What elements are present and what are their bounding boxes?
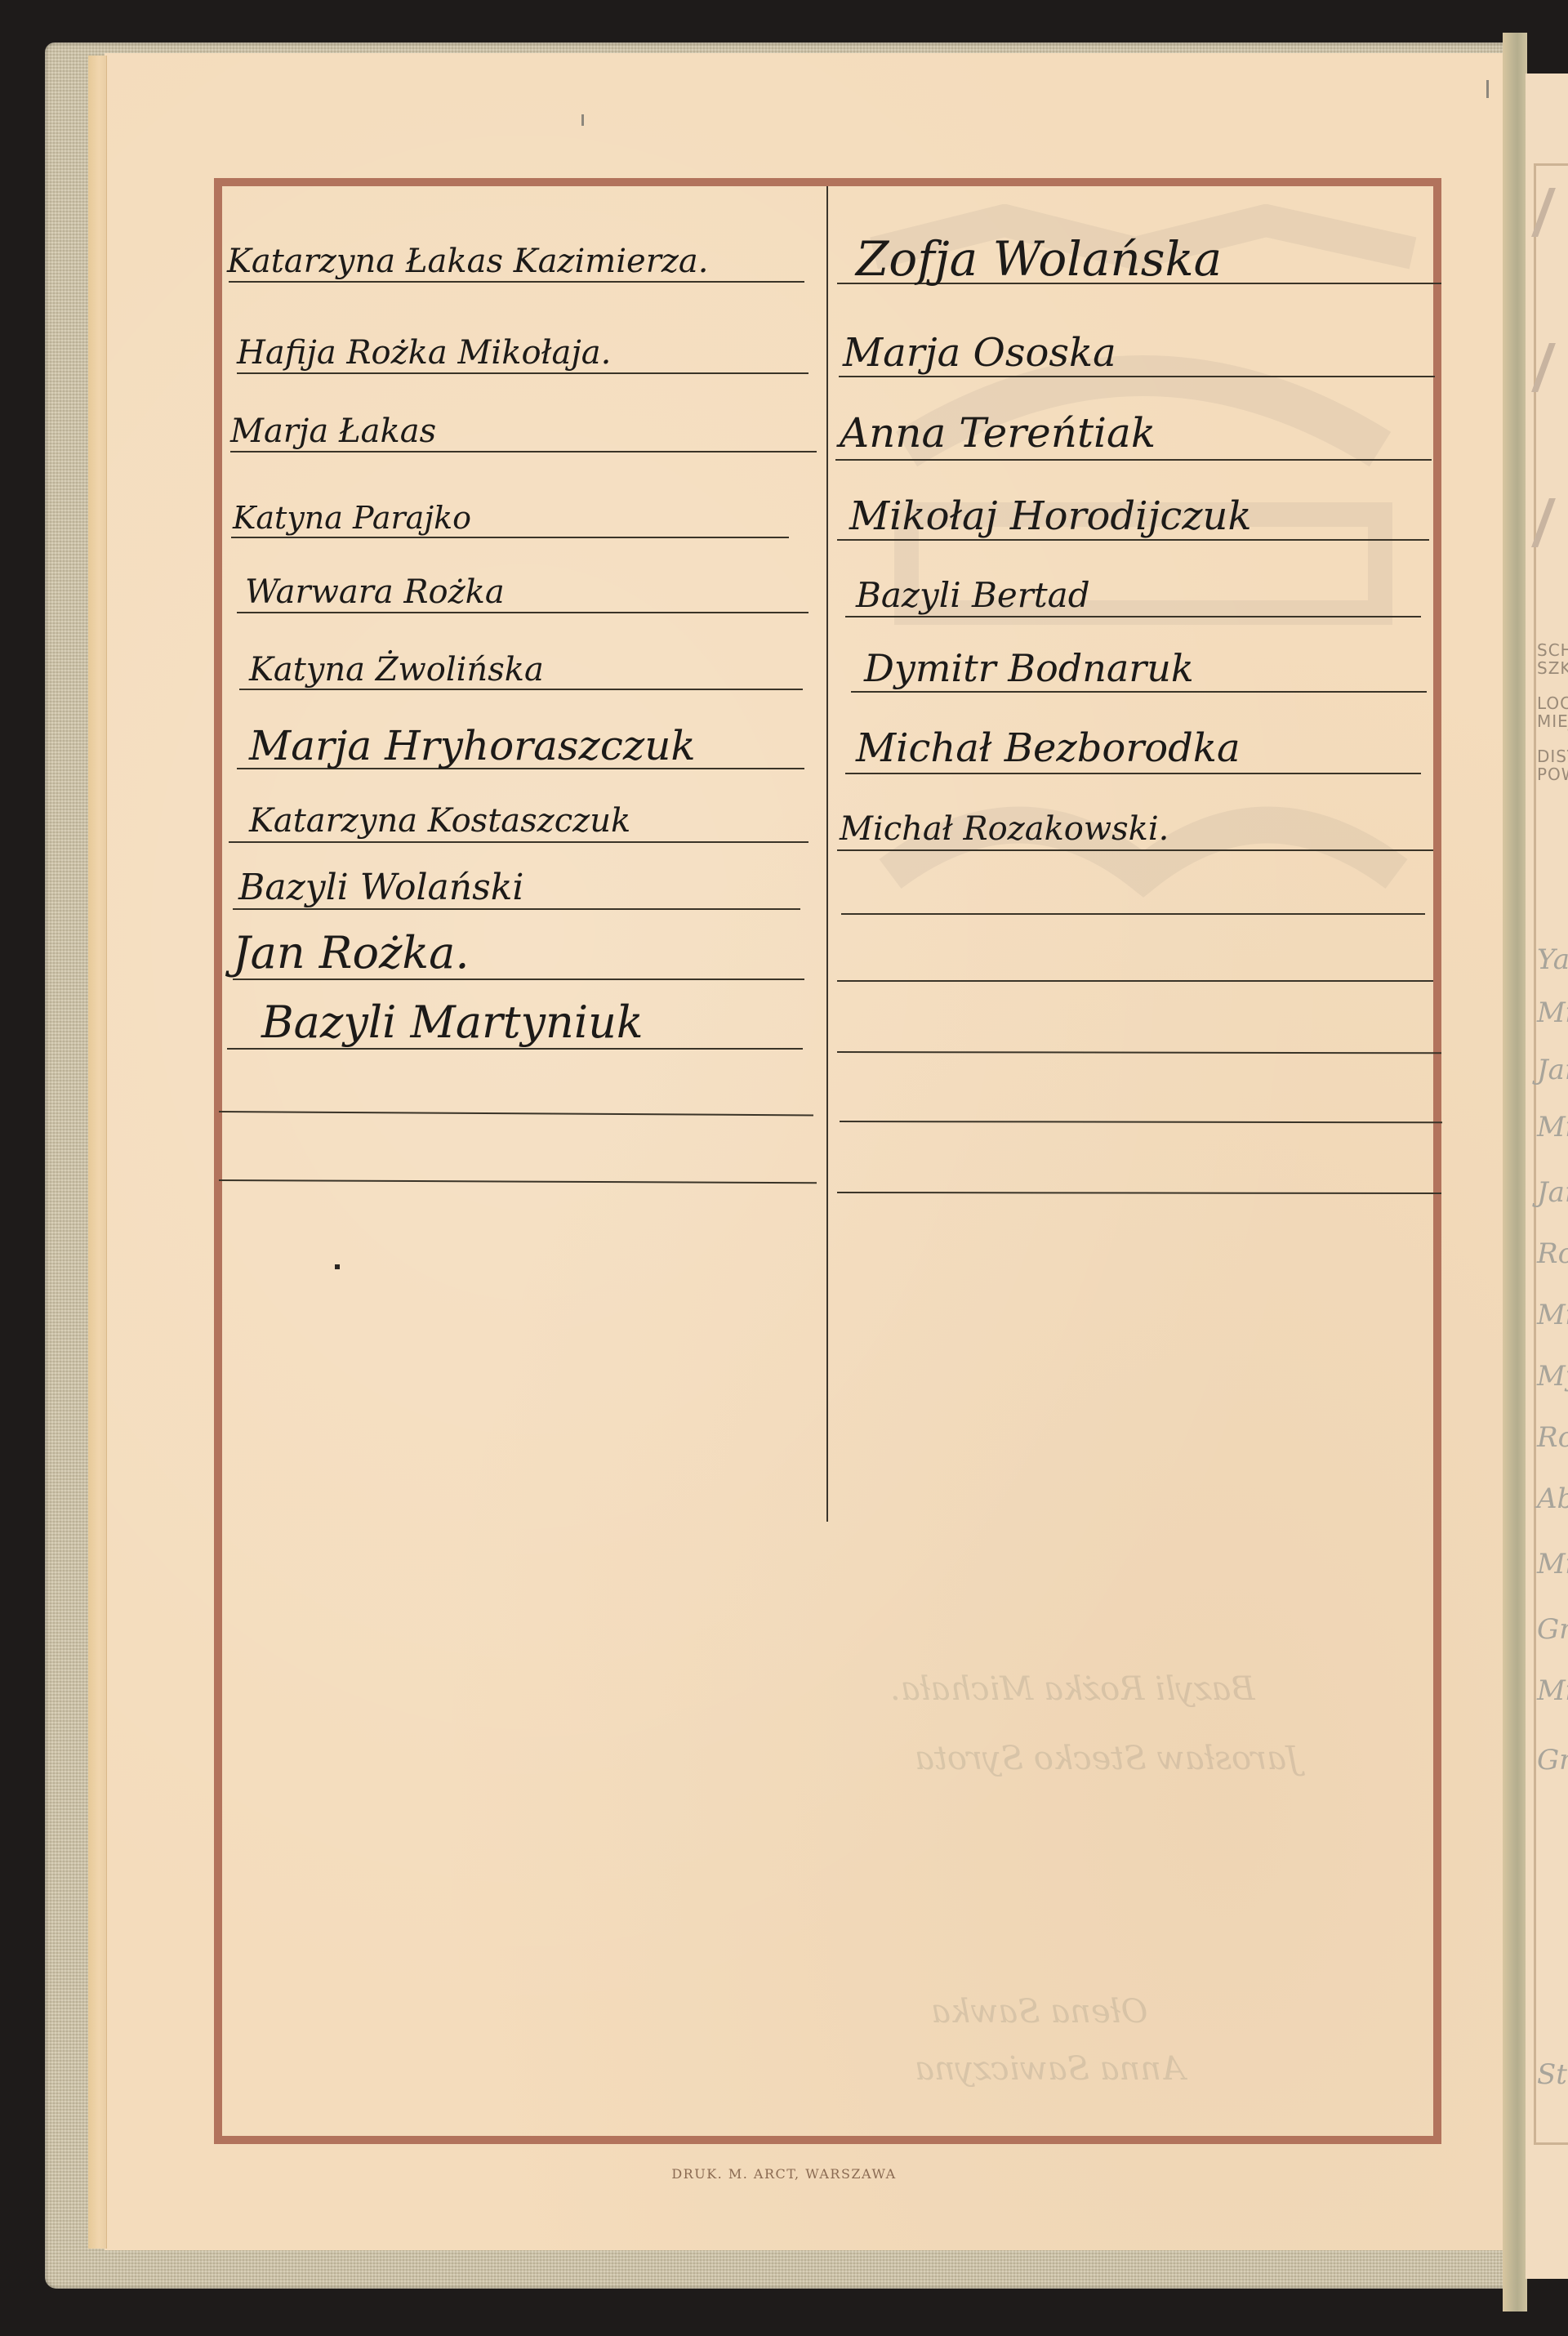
adjacent-page-name: Abrah (1537, 1482, 1568, 1515)
adjacent-page-name: Myk (1537, 1360, 1568, 1393)
name-entry: Anna Tereńtiak (840, 412, 1156, 453)
adjacent-page-label: SZKO (1537, 659, 1568, 677)
adjacent-page-name: Stefan (1537, 2058, 1568, 2091)
ruled-line (233, 979, 804, 980)
ruled-line (227, 1048, 803, 1050)
ruled-line (239, 689, 803, 690)
ink-spot (335, 1264, 340, 1269)
adjacent-page-label: MIEJS (1537, 712, 1568, 730)
ruled-line (837, 980, 1433, 982)
ruled-line (835, 459, 1432, 461)
ruled-line (837, 849, 1433, 851)
ruled-line (845, 773, 1421, 774)
adjacent-page-name: Jan (1537, 1176, 1568, 1209)
ruled-line (237, 372, 808, 374)
adjacent-page-name: Rom (1537, 1421, 1568, 1454)
ruled-line (841, 913, 1425, 915)
name-entry: Marja Łakas (230, 415, 436, 448)
adjacent-page-name: Mi (1537, 1111, 1568, 1143)
pencil-mark (581, 114, 584, 126)
adjacent-page-name: Grzegor (1537, 1744, 1568, 1777)
ruled-line (237, 612, 808, 613)
name-entry: Dymitr Bodnaruk (864, 649, 1194, 687)
adjacent-page-name: Mikoła (1537, 1299, 1568, 1331)
ruled-line (851, 691, 1427, 693)
column-divider (826, 186, 828, 1522)
name-entry: Jan Rożka. (233, 931, 470, 975)
name-entry: Michał Rozakowski. (840, 813, 1169, 845)
name-entry: Bazyli Bertad (856, 578, 1090, 613)
adjacent-page-label: DISTR (1537, 747, 1568, 765)
name-entry: Katyna Parajko (233, 502, 471, 533)
adjacent-page-label: POW (1537, 765, 1568, 783)
adjacent-page-frame (1534, 163, 1568, 2145)
ruled-line (231, 537, 789, 538)
adjacent-page: SCHO SZKO LOCA MIEJS DISTR POW Yan Mi Ja… (1526, 74, 1568, 2279)
name-entry: Katyna Żwolińska (249, 653, 544, 686)
pencil-mark (1486, 80, 1489, 98)
adjacent-page-name: Mikoł (1537, 1674, 1568, 1707)
adjacent-page-label: SCHO (1537, 641, 1568, 659)
printer-credit: DRUK. M. ARCT, WARSZAWA (0, 2166, 1568, 2182)
adjacent-page-label: LOCA (1537, 694, 1568, 712)
ruled-line (837, 539, 1429, 541)
adjacent-page-name: Mikoł (1537, 1548, 1568, 1580)
ruled-line (229, 841, 808, 843)
name-entry: Bazyli Martyniuk (261, 1001, 644, 1045)
ruled-line (229, 281, 804, 283)
page-edge (88, 56, 107, 2249)
name-entry: Marja Hryhoraszczuk (249, 725, 696, 766)
adjacent-page-name: Mi (1537, 996, 1568, 1029)
name-entry: Mikołaj Horodijczuk (849, 497, 1252, 536)
book-gutter (1503, 33, 1527, 2311)
name-entry: Bazyli Wolański (238, 870, 523, 906)
name-entry: Marja Ososka (843, 333, 1116, 372)
adjacent-page-name: Rom (1537, 1237, 1568, 1270)
name-entry: Warwara Rożka (245, 576, 505, 609)
name-entry: Katarzyna Łakas Kazimierza. (227, 245, 708, 278)
ruled-line (845, 616, 1421, 617)
adjacent-page-name: Jan (1537, 1054, 1568, 1086)
ruled-line (230, 451, 817, 452)
adjacent-page-name: Yan (1537, 943, 1568, 976)
ruled-line (839, 376, 1435, 377)
name-entry: Michał Bezborodka (856, 729, 1241, 768)
name-entry: Zofja Wolańska (856, 235, 1222, 283)
ruled-line (233, 908, 800, 910)
name-entry: Katarzyna Kostaszczuk (249, 805, 630, 837)
name-entry: Hafija Rożka Mikołaja. (237, 337, 611, 369)
adjacent-page-name: Grzeg (1537, 1613, 1568, 1646)
